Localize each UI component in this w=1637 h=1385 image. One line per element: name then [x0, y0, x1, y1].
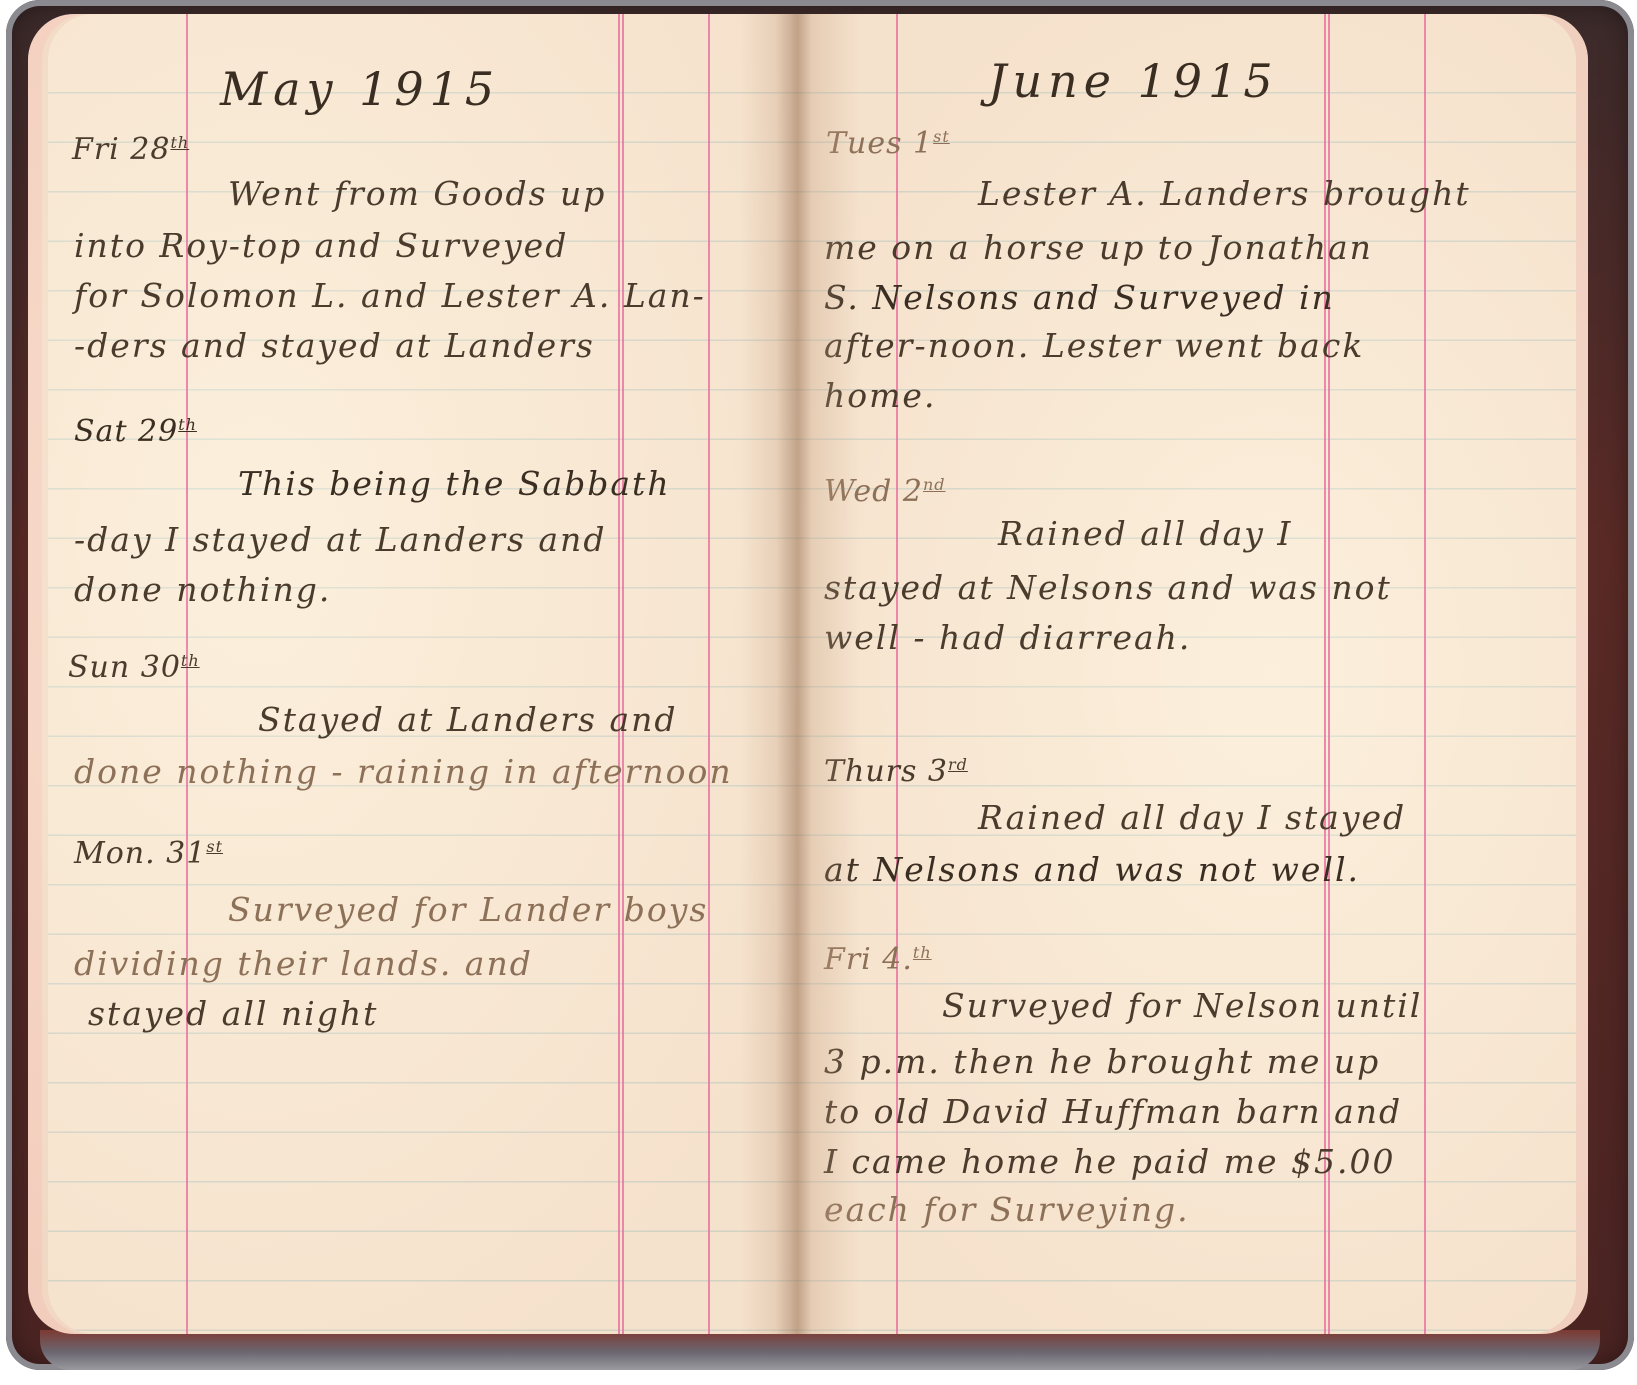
entry-line: stayed at Nelsons and was not	[824, 568, 1392, 607]
date-text: Wed 2	[824, 474, 923, 509]
entry-line: Rained all day I stayed	[978, 798, 1406, 837]
entry-line: Lester A. Landers brought	[978, 174, 1471, 213]
entry-line: into Roy-top and Surveyed	[74, 226, 568, 265]
date-text: Sun 30	[68, 650, 181, 685]
entry-line: Surveyed for Nelson until	[942, 986, 1422, 1025]
entry-date: Tues 1st	[826, 126, 950, 161]
column-line	[618, 14, 624, 1334]
date-text: Sat 29	[74, 414, 178, 449]
entry-line: me on a horse up to Jonathan	[824, 228, 1373, 267]
date-suffix: th	[181, 651, 200, 670]
entry-date: Thurs 3rd	[824, 754, 968, 789]
entry-line: This being the Sabbath	[238, 464, 671, 503]
date-suffix: st	[933, 127, 950, 146]
entry-line: at Nelsons and was not well.	[824, 850, 1360, 889]
page-heading: June 1915	[988, 54, 1279, 108]
entry-line: done nothing - raining in afternoon	[74, 752, 733, 791]
entry-line: S. Nelsons and Surveyed in	[824, 278, 1335, 317]
date-suffix: st	[206, 837, 223, 856]
left-page: May 1915 Fri 28th Went from Goods up int…	[28, 14, 798, 1334]
entry-line: well - had diarreah.	[824, 618, 1191, 657]
column-line	[708, 14, 710, 1334]
entry-date: Sun 30th	[68, 650, 200, 685]
page-heading: May 1915	[220, 62, 500, 116]
margin-line	[896, 14, 898, 1334]
date-text: Thurs 3	[824, 754, 948, 789]
cover-bottom-edge	[40, 1330, 1600, 1370]
entry-line: to old David Huffman barn and	[824, 1092, 1402, 1131]
entry-date: Mon. 31st	[74, 836, 223, 871]
date-text: Fri 4.	[824, 942, 913, 977]
entry-line: each for Surveying.	[824, 1190, 1190, 1229]
date-text: Tues 1	[826, 126, 933, 161]
scanned-notebook: May 1915 Fri 28th Went from Goods up int…	[0, 0, 1637, 1385]
entry-date: Wed 2nd	[824, 474, 946, 509]
entry-line: stayed all night	[88, 994, 378, 1033]
right-page: June 1915 Tues 1st Lester A. Landers bro…	[798, 14, 1588, 1334]
entry-line: Stayed at Landers and	[258, 700, 678, 739]
entry-line: 3 p.m. then he brought me up	[824, 1042, 1380, 1081]
entry-date: Sat 29th	[74, 414, 197, 449]
entry-line: home.	[824, 376, 936, 415]
entry-line: Went from Goods up	[228, 174, 606, 213]
entry-line: Rained all day I	[998, 514, 1292, 553]
entry-line: -day I stayed at Landers and	[74, 520, 606, 559]
entry-line: done nothing.	[74, 570, 331, 609]
date-text: Fri 28	[72, 132, 170, 167]
date-suffix: th	[178, 415, 197, 434]
entry-line: dividing their lands. and	[74, 944, 533, 983]
entry-line: -ders and stayed at Landers	[74, 326, 595, 365]
entry-line: I came home he paid me $5.00	[824, 1142, 1395, 1181]
date-suffix: th	[170, 133, 189, 152]
date-suffix: nd	[923, 475, 946, 494]
date-text: Mon. 31	[74, 836, 206, 871]
entry-line: for Solomon L. and Lester A. Lan-	[74, 276, 706, 315]
date-suffix: th	[913, 943, 932, 962]
date-suffix: rd	[948, 755, 968, 774]
entry-date: Fri 4.th	[824, 942, 932, 977]
entry-line: after-noon. Lester went back	[824, 326, 1364, 365]
entry-line: Surveyed for Lander boys	[228, 890, 708, 929]
entry-date: Fri 28th	[72, 132, 189, 167]
